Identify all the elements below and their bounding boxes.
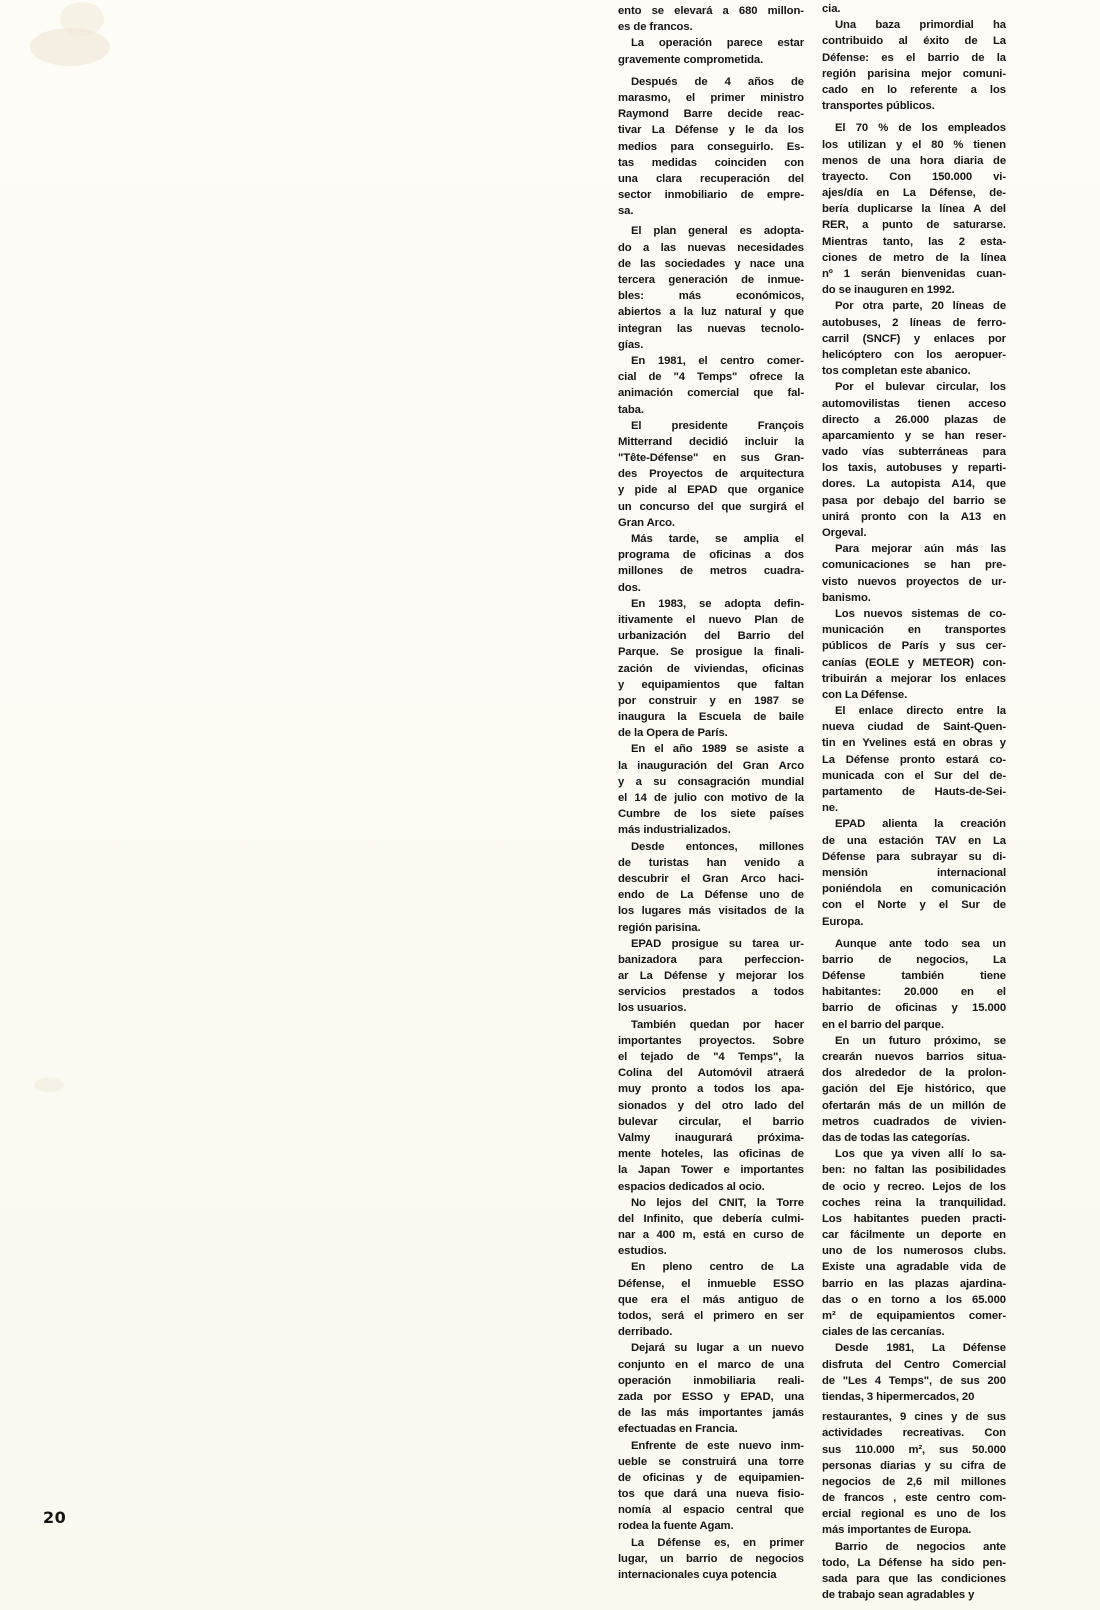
paragraph: ElenlacedirectoentrelanuevaciudaddeSaint… [822, 703, 1006, 816]
paragraph: Porotraparte,20líneasdeautobuses,2líneas… [822, 298, 1006, 379]
text-line: tiendas, 3 hipermercados, 20 [822, 1389, 1006, 1405]
text-line: Elplangeneralesadopta- [618, 223, 804, 239]
text-line: sectorinmobiliariodeempre- [618, 187, 804, 203]
text-line: Dejarásulugaraunnuevo [618, 1340, 804, 1356]
text-line: municaciónentransportes [822, 622, 1006, 638]
text-line: cadoenloreferentealos [822, 82, 1006, 98]
text-line: menosdeunahoradiariade [822, 153, 1006, 169]
text-line: doalasnuevasnecesidades [618, 240, 804, 256]
text-column-left: entoseelevaráa680millon-es de francos.La… [618, 3, 804, 1583]
text-line: EPADprosiguesutareaur- [618, 936, 804, 952]
text-line: carril(SNCF)yenlacespor [822, 331, 1006, 347]
text-line: tercerageneracióndeinmue- [618, 272, 804, 288]
text-line: canías(EOLEyMETEOR)con- [822, 655, 1006, 671]
text-line: Laoperaciónpareceestar [618, 35, 804, 51]
text-line: actividadesrecreativas.Con [822, 1425, 1006, 1441]
text-line: beríaduplicarselalíneaAdel [822, 201, 1006, 217]
text-line: RaymondBarredecidereac- [618, 106, 804, 122]
text-line: partamentodeHauts-de-Sei- [822, 784, 1006, 800]
text-line: Valmyinaugurarápróxima- [618, 1130, 804, 1146]
text-line: El70%delosempleados [822, 120, 1006, 136]
text-line: lugar,unbarriodenegocios [618, 1551, 804, 1567]
text-line: crearánnuevosbarriossitua- [822, 1049, 1006, 1065]
text-line: "Tête-Défense"ensusGran- [618, 450, 804, 466]
text-line: delasmásimportantesjamás [618, 1405, 804, 1421]
text-line: Despuésde4añosde [618, 74, 804, 90]
text-line: dasoentornoalos65.000 [822, 1292, 1006, 1308]
text-line: dosalrededordelaprolon- [822, 1065, 1006, 1081]
text-line: poniéndolaencomunicación [822, 881, 1006, 897]
text-line: inauguralaEscueladebaile [618, 709, 804, 725]
text-line: carfácilmenteundeporteen [822, 1227, 1006, 1243]
text-line: delInfinito,quedeberíaculmi- [618, 1211, 804, 1227]
text-line: es de francos. [618, 19, 804, 35]
text-line: unodelosnumerososclubs. [822, 1243, 1006, 1259]
paragraph: LaDéfensees,enprimerlugar,unbarriodenego… [618, 1535, 804, 1584]
text-line: uniráprontoconlaA13en [822, 509, 1006, 525]
text-line: mediosparaconseguirlo.Es- [618, 139, 804, 155]
text-line: defrancos,estecentrocom- [822, 1490, 1006, 1506]
text-line: Parque.Seprosiguelafinali- [618, 644, 804, 660]
text-line: importantesproyectos.Sobre [618, 1033, 804, 1049]
text-line: EPADalientalacreación [822, 816, 1006, 832]
text-line: metroscuadradosdevivien- [822, 1114, 1006, 1130]
text-line: de trabajo sean agradables y [822, 1587, 1006, 1603]
text-line: sadaparaquelascondiciones [822, 1571, 1006, 1587]
text-line: contribuidoaléxitodeLa [822, 33, 1006, 49]
text-line: lainauguracióndelGranArco [618, 758, 804, 774]
text-line: arLaDéfenseymejorarlos [618, 968, 804, 984]
text-line: internacionales cuya potencia [618, 1567, 804, 1583]
text-line: yasuconsagraciónmundial [618, 774, 804, 790]
text-line: sionadosydelotroladodel [618, 1098, 804, 1114]
text-line: ciales de las cercanías. [822, 1324, 1006, 1340]
text-line: regiónparisinamejorcomuni- [822, 66, 1006, 82]
paragraph: Porelbulevarcircular,losautomovilistasti… [822, 379, 1006, 541]
text-line: espacios dedicados al ocio. [618, 1179, 804, 1195]
text-line: nomíaalespaciocentralque [618, 1502, 804, 1518]
text-line: deunaestaciónTAVenLa [822, 833, 1006, 849]
text-line: cionesdemetrodelalínea [822, 250, 1006, 266]
text-line: ajes/díaenLaDéfense,de- [822, 185, 1006, 201]
text-line: Enunfuturopróximo,se [822, 1033, 1006, 1049]
text-line: disfrutadelCentroComercial [822, 1357, 1006, 1373]
text-line: integranlasnuevastecnolo- [618, 321, 804, 337]
text-line: Europa. [822, 914, 1006, 930]
text-line: endodeLaDéfenseunode [618, 887, 804, 903]
text-line: bles:máseconómicos, [618, 288, 804, 304]
text-line: autobuses,2líneasdeferro- [822, 315, 1006, 331]
text-line: transportes públicos. [822, 98, 1006, 114]
text-line: ColinadelAutomóvilatraerá [618, 1065, 804, 1081]
text-line: Défense:eselbarriodela [822, 50, 1006, 66]
text-line: vadovíassubterráneaspara [822, 444, 1006, 460]
text-line: Existeunaagradablevidade [822, 1259, 1006, 1275]
paragraph: restaurantes,9cinesydesusactividadesrecr… [822, 1409, 1006, 1539]
paragraph: Elplangeneralesadopta-doalasnuevasnecesi… [618, 223, 804, 353]
text-line: abiertosalaluznaturalyque [618, 304, 804, 320]
text-line: directoa26.000plazasde [822, 412, 1006, 428]
paragraph: Mástarde,seampliaelprogramadeoficinasado… [618, 531, 804, 596]
text-line: públicosdeParísysuscer- [822, 638, 1006, 654]
text-line: ElpresidenteFrançois [618, 418, 804, 434]
text-line: Enelaño1989seasistea [618, 741, 804, 757]
text-line: rodea la fuente Agam. [618, 1518, 804, 1534]
text-line: gacióndelEjehistórico,que [822, 1081, 1006, 1097]
text-column-right: cia.Unabazaprimordialhacontribuidoaléxit… [822, 1, 1006, 1603]
text-line: Enfrentedeestenuevoinm- [618, 1438, 804, 1454]
text-line: ofertaránmásdeunmillónde [822, 1098, 1006, 1114]
text-line: conelNorteyelSurde [822, 897, 1006, 913]
text-line: helicópteroconlosaeropuer- [822, 347, 1006, 363]
text-line: barriodenegocios,La [822, 952, 1006, 968]
text-line: ne. [822, 800, 1006, 816]
text-line: deocioyrecreo.Lejosdelos [822, 1179, 1006, 1195]
text-line: tinenYvelinesestáenobrasy [822, 735, 1006, 751]
text-line: marasmo,elprimerministro [618, 90, 804, 106]
paragraph: EPADprosiguesutareaur-banizadoraparaperf… [618, 936, 804, 1017]
paragraph: Enfrentedeestenuevoinm-uebleseconstruirá… [618, 1438, 804, 1535]
text-line: gías. [618, 337, 804, 353]
text-line: programadeoficinasados [618, 547, 804, 563]
paragraph: ElpresidenteFrançoisMitterranddecidióinc… [618, 418, 804, 531]
text-line: laJapanTowereimportantes [618, 1162, 804, 1178]
paragraph: Losqueyavivenallílosa-ben:nofaltanlaspos… [822, 1146, 1006, 1340]
text-line: delassociedadesynaceuna [618, 256, 804, 272]
paragraph: En1981,elcentrocomer-cialde"4Temps"ofrec… [618, 353, 804, 418]
text-line: EnplenocentrodeLa [618, 1259, 804, 1275]
text-line: derribado. [618, 1324, 804, 1340]
text-line: conjuntoenelmarcodeuna [618, 1357, 804, 1373]
text-line: nuevaciudaddeSaint-Quen- [822, 719, 1006, 735]
text-line: todos,seráelprimeroenser [618, 1308, 804, 1324]
text-line: ypidealEPADqueorganice [618, 482, 804, 498]
paragraph: Tambiénquedanporhacerimportantesproyecto… [618, 1017, 804, 1195]
text-line: Elenlacedirectoentrela [822, 703, 1006, 719]
text-line: deturistashanvenidoa [618, 855, 804, 871]
text-line: restaurantes,9cinesydesus [822, 1409, 1006, 1425]
text-line: el14dejulioconmotivodela [618, 790, 804, 806]
text-line: cochesreinalatranquilidad. [822, 1195, 1006, 1211]
text-line: das de todas las categorías. [822, 1130, 1006, 1146]
text-line: dores.LaautopistaA14,que [822, 476, 1006, 492]
text-line: más industrializados. [618, 822, 804, 838]
paragraph: Enunfuturopróximo,secrearánnuevosbarrios… [822, 1033, 1006, 1146]
text-line: Losnuevossistemasdeco- [822, 606, 1006, 622]
text-line: serviciosprestadosatodos [618, 984, 804, 1000]
text-line: taba. [618, 402, 804, 418]
text-line: tribuiránamejorarlosenlaces [822, 671, 1006, 687]
text-line: losutilizanyel80%tienen [822, 137, 1006, 153]
paragraph: NolejosdelCNIT,laTorredelInfinito,quedeb… [618, 1195, 804, 1260]
text-line: Porotraparte,20líneasde [822, 298, 1006, 314]
text-line: entoseelevaráa680millon- [618, 3, 804, 19]
paragraph: Enelaño1989seasistealainauguracióndelGra… [618, 741, 804, 838]
text-line: En1981,elcentrocomer- [618, 353, 804, 369]
text-line: habitantes:20.000enel [822, 984, 1006, 1000]
paragraph: Desde1981,LaDéfensedisfrutadelCentroCome… [822, 1340, 1006, 1405]
text-line: RER,apuntodesaturarse. [822, 217, 1006, 233]
text-line: municadaconelSurdelde- [822, 768, 1006, 784]
text-line: trayecto.Con150.000vi- [822, 169, 1006, 185]
text-line: Loshabitantespuedenpracti- [822, 1211, 1006, 1227]
text-line: itivamenteelnuevoPlande [618, 612, 804, 628]
text-line: mentehoteles,lasoficinasde [618, 1146, 804, 1162]
text-line: eltejadode"4Temps",la [618, 1049, 804, 1065]
text-line: de la Opera de París. [618, 725, 804, 741]
text-line: operacióninmobiliariareali- [618, 1373, 804, 1389]
text-line: más importantes de Europa. [822, 1522, 1006, 1538]
text-line: Barriodenegociosante [822, 1539, 1006, 1555]
paragraph: Aunqueantetodoseaunbarriodenegocios,LaDé… [822, 936, 1006, 1033]
text-line: automovilistastienenacceso [822, 396, 1006, 412]
text-line: zadaporESSOyEPAD,una [618, 1389, 804, 1405]
text-line: mensióninternacional [822, 865, 1006, 881]
text-line: lostaxis,autobusesyreparti- [822, 460, 1006, 476]
text-line: desProyectosdearquitectura [618, 466, 804, 482]
text-line: Défenseparasubrayarsudi- [822, 849, 1006, 865]
text-line: con La Défense. [822, 687, 1006, 703]
text-line: aparcamientoysehanreser- [822, 428, 1006, 444]
text-line: comunicacionessehanpre- [822, 557, 1006, 573]
text-line: En1983,seadoptadefin- [618, 596, 804, 612]
text-line: todo,LaDéfensehasidopen- [822, 1555, 1006, 1571]
text-line: m²deequipamientoscomer- [822, 1308, 1006, 1324]
text-line: deoficinasydeequipamien- [618, 1470, 804, 1486]
text-line: uebleseconstruiráunatorre [618, 1454, 804, 1470]
paragraph: Barriodenegociosantetodo,LaDéfensehasido… [822, 1539, 1006, 1604]
text-line: nara400m,estáencursode [618, 1227, 804, 1243]
text-line: personasdiariasysucifrade [822, 1458, 1006, 1474]
text-line: pasapordebajodelbarriose [822, 493, 1006, 509]
paragraph: cia. [822, 1, 1006, 17]
text-line: NolejosdelCNIT,laTorre [618, 1195, 804, 1211]
text-line: Desdeentonces,millones [618, 839, 804, 855]
text-line: ben:nofaltanlasposibilidades [822, 1162, 1006, 1178]
text-line: región parisina. [618, 920, 804, 936]
paragraph: Desdeentonces,millonesdeturistashanvenid… [618, 839, 804, 936]
text-line: cialde"4Temps"ofrecela [618, 369, 804, 385]
text-line: Mástarde,seampliael [618, 531, 804, 547]
paragraph: EnplenocentrodeLaDéfense,elinmuebleESSOq… [618, 1259, 804, 1340]
text-line: Défense,elinmuebleESSO [618, 1276, 804, 1292]
scan-smudge [34, 1078, 64, 1092]
text-line: dos. [618, 580, 804, 596]
text-line: millonesdemetroscuadra- [618, 563, 804, 579]
text-line: de"Les4Temps",desus200 [822, 1373, 1006, 1389]
text-line: descubrirelGranArcohaci- [618, 871, 804, 887]
text-line: tivarLaDéfenseyledalos [618, 122, 804, 138]
text-line: tosquedaráunanuevafisio- [618, 1486, 804, 1502]
text-line: tasmedidascoincidencon [618, 155, 804, 171]
page-number: 20 [43, 1508, 66, 1527]
text-line: Gran Arco. [618, 515, 804, 531]
paragraph: Paramejoraraúnmáslascomunicacionessehanp… [822, 541, 1006, 606]
paragraph: EPADalientalacreacióndeunaestaciónTAVenL… [822, 816, 1006, 929]
text-line: Cumbredelossietepaíses [618, 806, 804, 822]
text-line: muyprontoatodoslosapa- [618, 1081, 804, 1097]
paragraph: Despuésde4añosdemarasmo,elprimerministro… [618, 74, 804, 220]
text-line: barrioenlasplazasajardina- [822, 1276, 1006, 1292]
paragraph: Losnuevossistemasdeco-municaciónentransp… [822, 606, 1006, 703]
text-line: LaDéfensees,enprimer [618, 1535, 804, 1551]
text-line: Desde1981,LaDéfense [822, 1340, 1006, 1356]
text-line: estudios. [618, 1243, 804, 1259]
scan-smudge [60, 2, 104, 36]
text-line: Unabazaprimordialha [822, 17, 1006, 33]
paragraph: Laoperaciónpareceestargravemente comprom… [618, 35, 804, 67]
text-line: efectuadas en Francia. [618, 1421, 804, 1437]
paragraph: En1983,seadoptadefin-itivamenteelnuevoPl… [618, 596, 804, 742]
text-line: bulevarcircular,elbarrio [618, 1114, 804, 1130]
text-line: Tambiénquedanporhacer [618, 1017, 804, 1033]
text-line: Losqueyavivenallílosa- [822, 1146, 1006, 1162]
text-line: unconcursodelquesurgiráel [618, 499, 804, 515]
text-line: Porelbulevarcircular,los [822, 379, 1006, 395]
text-line: animacióncomercialquefal- [618, 385, 804, 401]
text-line: banismo. [822, 590, 1006, 606]
text-line: unaclararecuperacióndel [618, 171, 804, 187]
text-line: banizadoraparaperfeccion- [618, 952, 804, 968]
text-line: en el barrio del parque. [822, 1017, 1006, 1033]
text-line: Aunqueantetodoseaun [822, 936, 1006, 952]
text-line: nº1seránbienvenidascuan- [822, 266, 1006, 282]
paragraph: El70%delosempleadoslosutilizanyel80%tien… [822, 120, 1006, 298]
text-line: barriodeoficinasy15.000 [822, 1000, 1006, 1016]
text-line: loslugaresmásvisitadosdela [618, 903, 804, 919]
paragraph: entoseelevaráa680millon-es de francos. [618, 3, 804, 35]
text-line: vistonuevosproyectosdeur- [822, 574, 1006, 590]
text-line: yequipamientosquefaltan [618, 677, 804, 693]
text-line: ercialregionalesunodelos [822, 1506, 1006, 1522]
text-line: Orgeval. [822, 525, 1006, 541]
text-line: LaDéfenseprontoestaráco- [822, 752, 1006, 768]
text-line: zacióndeviviendas,oficinas [618, 661, 804, 677]
text-line: cia. [822, 1, 1006, 17]
text-line: sa. [618, 203, 804, 219]
paragraph: UnabazaprimordialhacontribuidoaléxitodeL… [822, 17, 1006, 114]
text-line: los usuarios. [618, 1000, 804, 1016]
paragraph: Dejarásulugaraunnuevoconjuntoenelmarcode… [618, 1340, 804, 1437]
text-line: negociosde2,6milmillones [822, 1474, 1006, 1490]
scan-smudge [30, 28, 110, 66]
text-line: queeraelmásantiguode [618, 1292, 804, 1308]
text-line: Mientrastanto,las2esta- [822, 234, 1006, 250]
text-line: tos completan este abanico. [822, 363, 1006, 379]
text-line: Paramejoraraúnmáslas [822, 541, 1006, 557]
text-line: gravemente comprometida. [618, 52, 804, 68]
text-line: urbanizacióndelBarriodel [618, 628, 804, 644]
text-line: sus110.000m²,sus50.000 [822, 1442, 1006, 1458]
text-line: Mitterranddecidióincluirla [618, 434, 804, 450]
text-line: porconstruiryen1987se [618, 693, 804, 709]
text-line: do se inauguren en 1992. [822, 282, 1006, 298]
text-line: Défensetambiéntiene [822, 968, 1006, 984]
